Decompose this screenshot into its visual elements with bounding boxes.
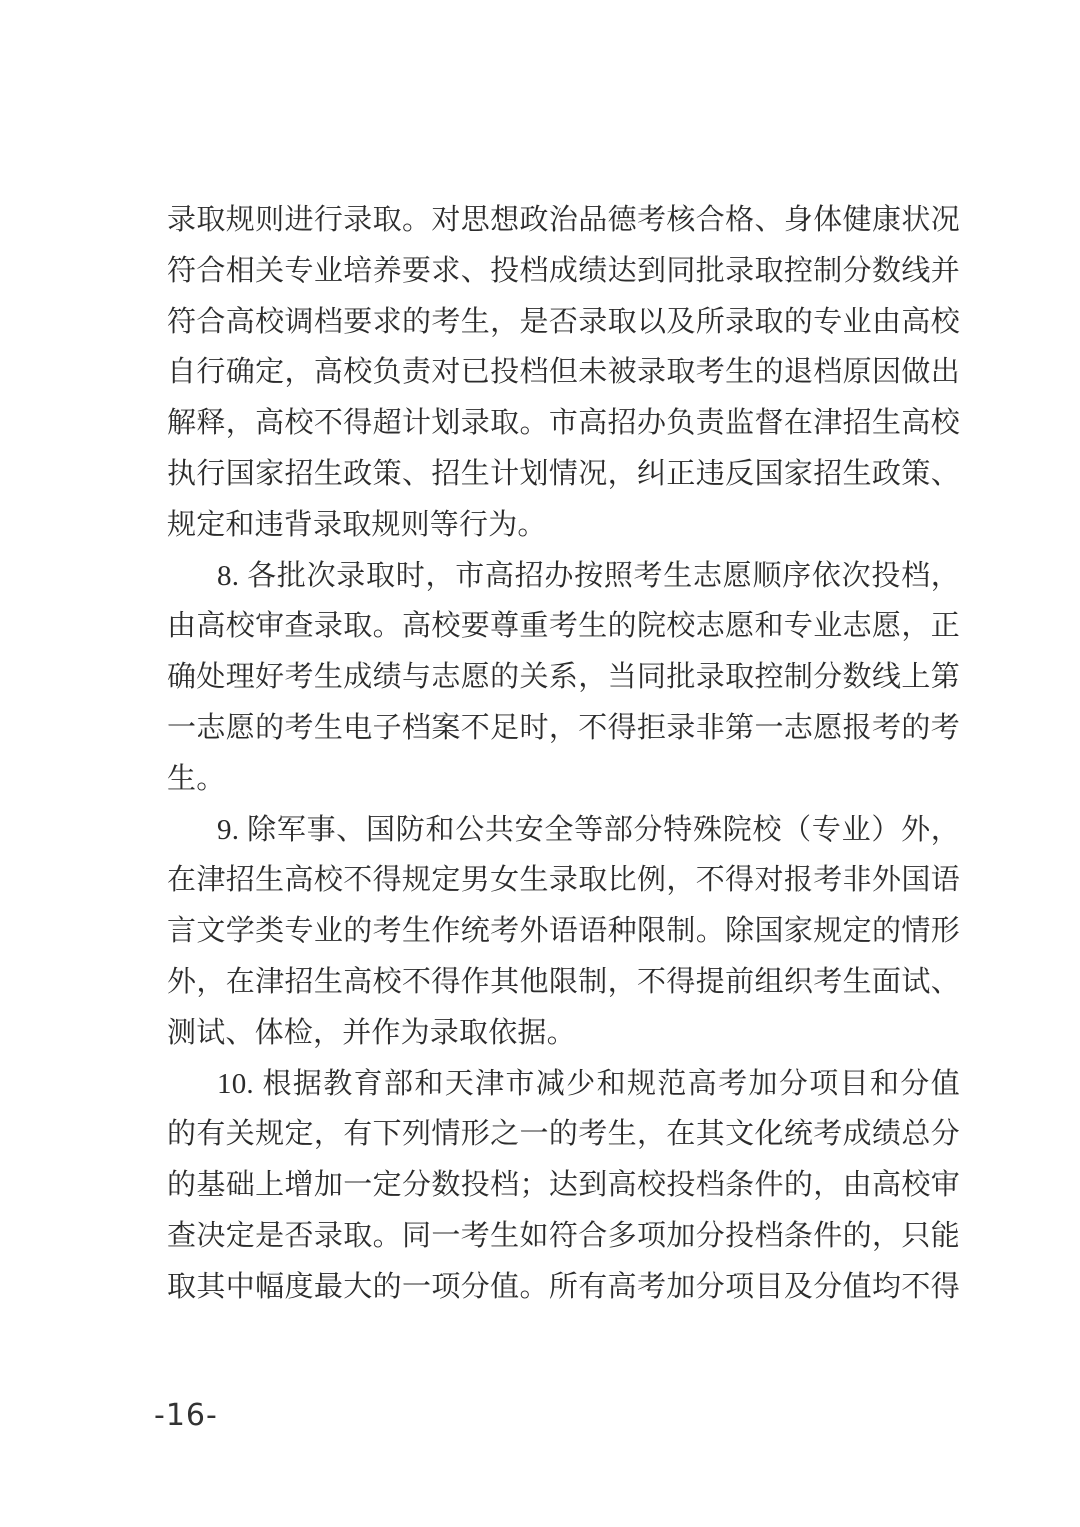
document-text-line: 8. 各批次录取时，市高招办按照考生志愿顺序依次投档， (167, 551, 960, 602)
document-text-line: 符合相关专业培养要求、投档成绩达到同批录取控制分数线并 (167, 246, 960, 297)
document-text-line: 言文学类专业的考生作统考外语语种限制。除国家规定的情形 (167, 906, 960, 957)
document-text-line: 自行确定，高校负责对已投档但未被录取考生的退档原因做出 (167, 347, 960, 398)
document-text-line: 取其中幅度最大的一项分值。所有高考加分项目及分值均不得 (167, 1262, 960, 1313)
document-text-line: 在津招生高校不得规定男女生录取比例，不得对报考非外国语 (167, 855, 960, 906)
document-text-line: 符合高校调档要求的考生，是否录取以及所录取的专业由高校 (167, 297, 960, 348)
document-text-line: 一志愿的考生电子档案不足时，不得拒录非第一志愿报考的考 (167, 703, 960, 754)
document-text-line: 由高校审查录取。高校要尊重考生的院校志愿和专业志愿，正 (167, 601, 960, 652)
document-text-line: 10. 根据教育部和天津市减少和规范高考加分项目和分值 (167, 1059, 960, 1110)
document-text-line: 执行国家招生政策、招生计划情况，纠正违反国家招生政策、 (167, 449, 960, 500)
document-text-line: 9. 除军事、国防和公共安全等部分特殊院校（专业）外， (167, 805, 960, 856)
document-text-line: 查决定是否录取。同一考生如符合多项加分投档条件的，只能 (167, 1211, 960, 1262)
page-number: -16- (154, 1396, 218, 1436)
document-text-line: 的有关规定，有下列情形之一的考生，在其文化统考成绩总分 (167, 1109, 960, 1160)
document-text-line: 确处理好考生成绩与志愿的关系，当同批录取控制分数线上第 (167, 652, 960, 703)
document-text-line: 的基础上增加一定分数投档；达到高校投档条件的，由高校审 (167, 1160, 960, 1211)
document-text-line: 解释，高校不得超计划录取。市高招办负责监督在津招生高校 (167, 398, 960, 449)
document-text-line: 录取规则进行录取。对思想政治品德考核合格、身体健康状况 (167, 195, 960, 246)
document-text-line: 测试、体检，并作为录取依据。 (167, 1008, 960, 1059)
document-page: 录取规则进行录取。对思想政治品德考核合格、身体健康状况符合相关专业培养要求、投档… (0, 0, 1080, 1527)
document-text-line: 外，在津招生高校不得作其他限制，不得提前组织考生面试、 (167, 957, 960, 1008)
document-body: 录取规则进行录取。对思想政治品德考核合格、身体健康状况符合相关专业培养要求、投档… (167, 195, 960, 1313)
document-text-line: 规定和违背录取规则等行为。 (167, 500, 960, 551)
document-text-line: 生。 (167, 754, 960, 805)
